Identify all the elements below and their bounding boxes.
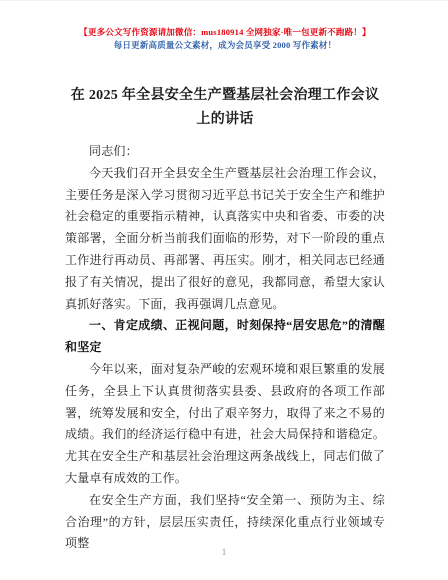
body-paragraph: 今天我们召开全县安全生产暨基层社会治理工作会议，主要任务是深入学习贯彻习近平总书… [65,163,385,316]
body-paragraph: 今年以来，面对复杂严峻的宏观环境和艰巨繁重的发展任务，全县上下认真贯彻落实县委、… [65,359,385,490]
document-body: 同志们：今天我们召开全县安全生产暨基层社会治理工作会议，主要任务是深入学习贯彻习… [65,141,385,555]
document-page: 【更多公文写作资源请加微信：mus180914 全网独家·唯一包更新不跑路！】 … [0,0,448,580]
page-number: 1 [0,548,448,558]
section-heading: 一、肯定成绩、正视问题，时刻保持“居安思危”的清醒和坚定 [65,315,385,359]
header-notice: 【更多公文写作资源请加微信：mus180914 全网独家·唯一包更新不跑路！】 … [65,26,385,51]
body-paragraph: 同志们： [65,141,385,163]
promo-line-blue: 每日更新高质量公文素材，成为会员享受 2000 写作素材！ [65,39,385,51]
promo-line-red: 【更多公文写作资源请加微信：mus180914 全网独家·唯一包更新不跑路！】 [65,26,385,38]
document-title: 在 2025 年全县安全生产暨基层社会治理工作会议上的讲话 [65,84,385,132]
body-paragraph: 在安全生产方面，我们坚持“安全第一、预防为主、综合治理”的方针，层层压实责任，持… [65,490,385,555]
